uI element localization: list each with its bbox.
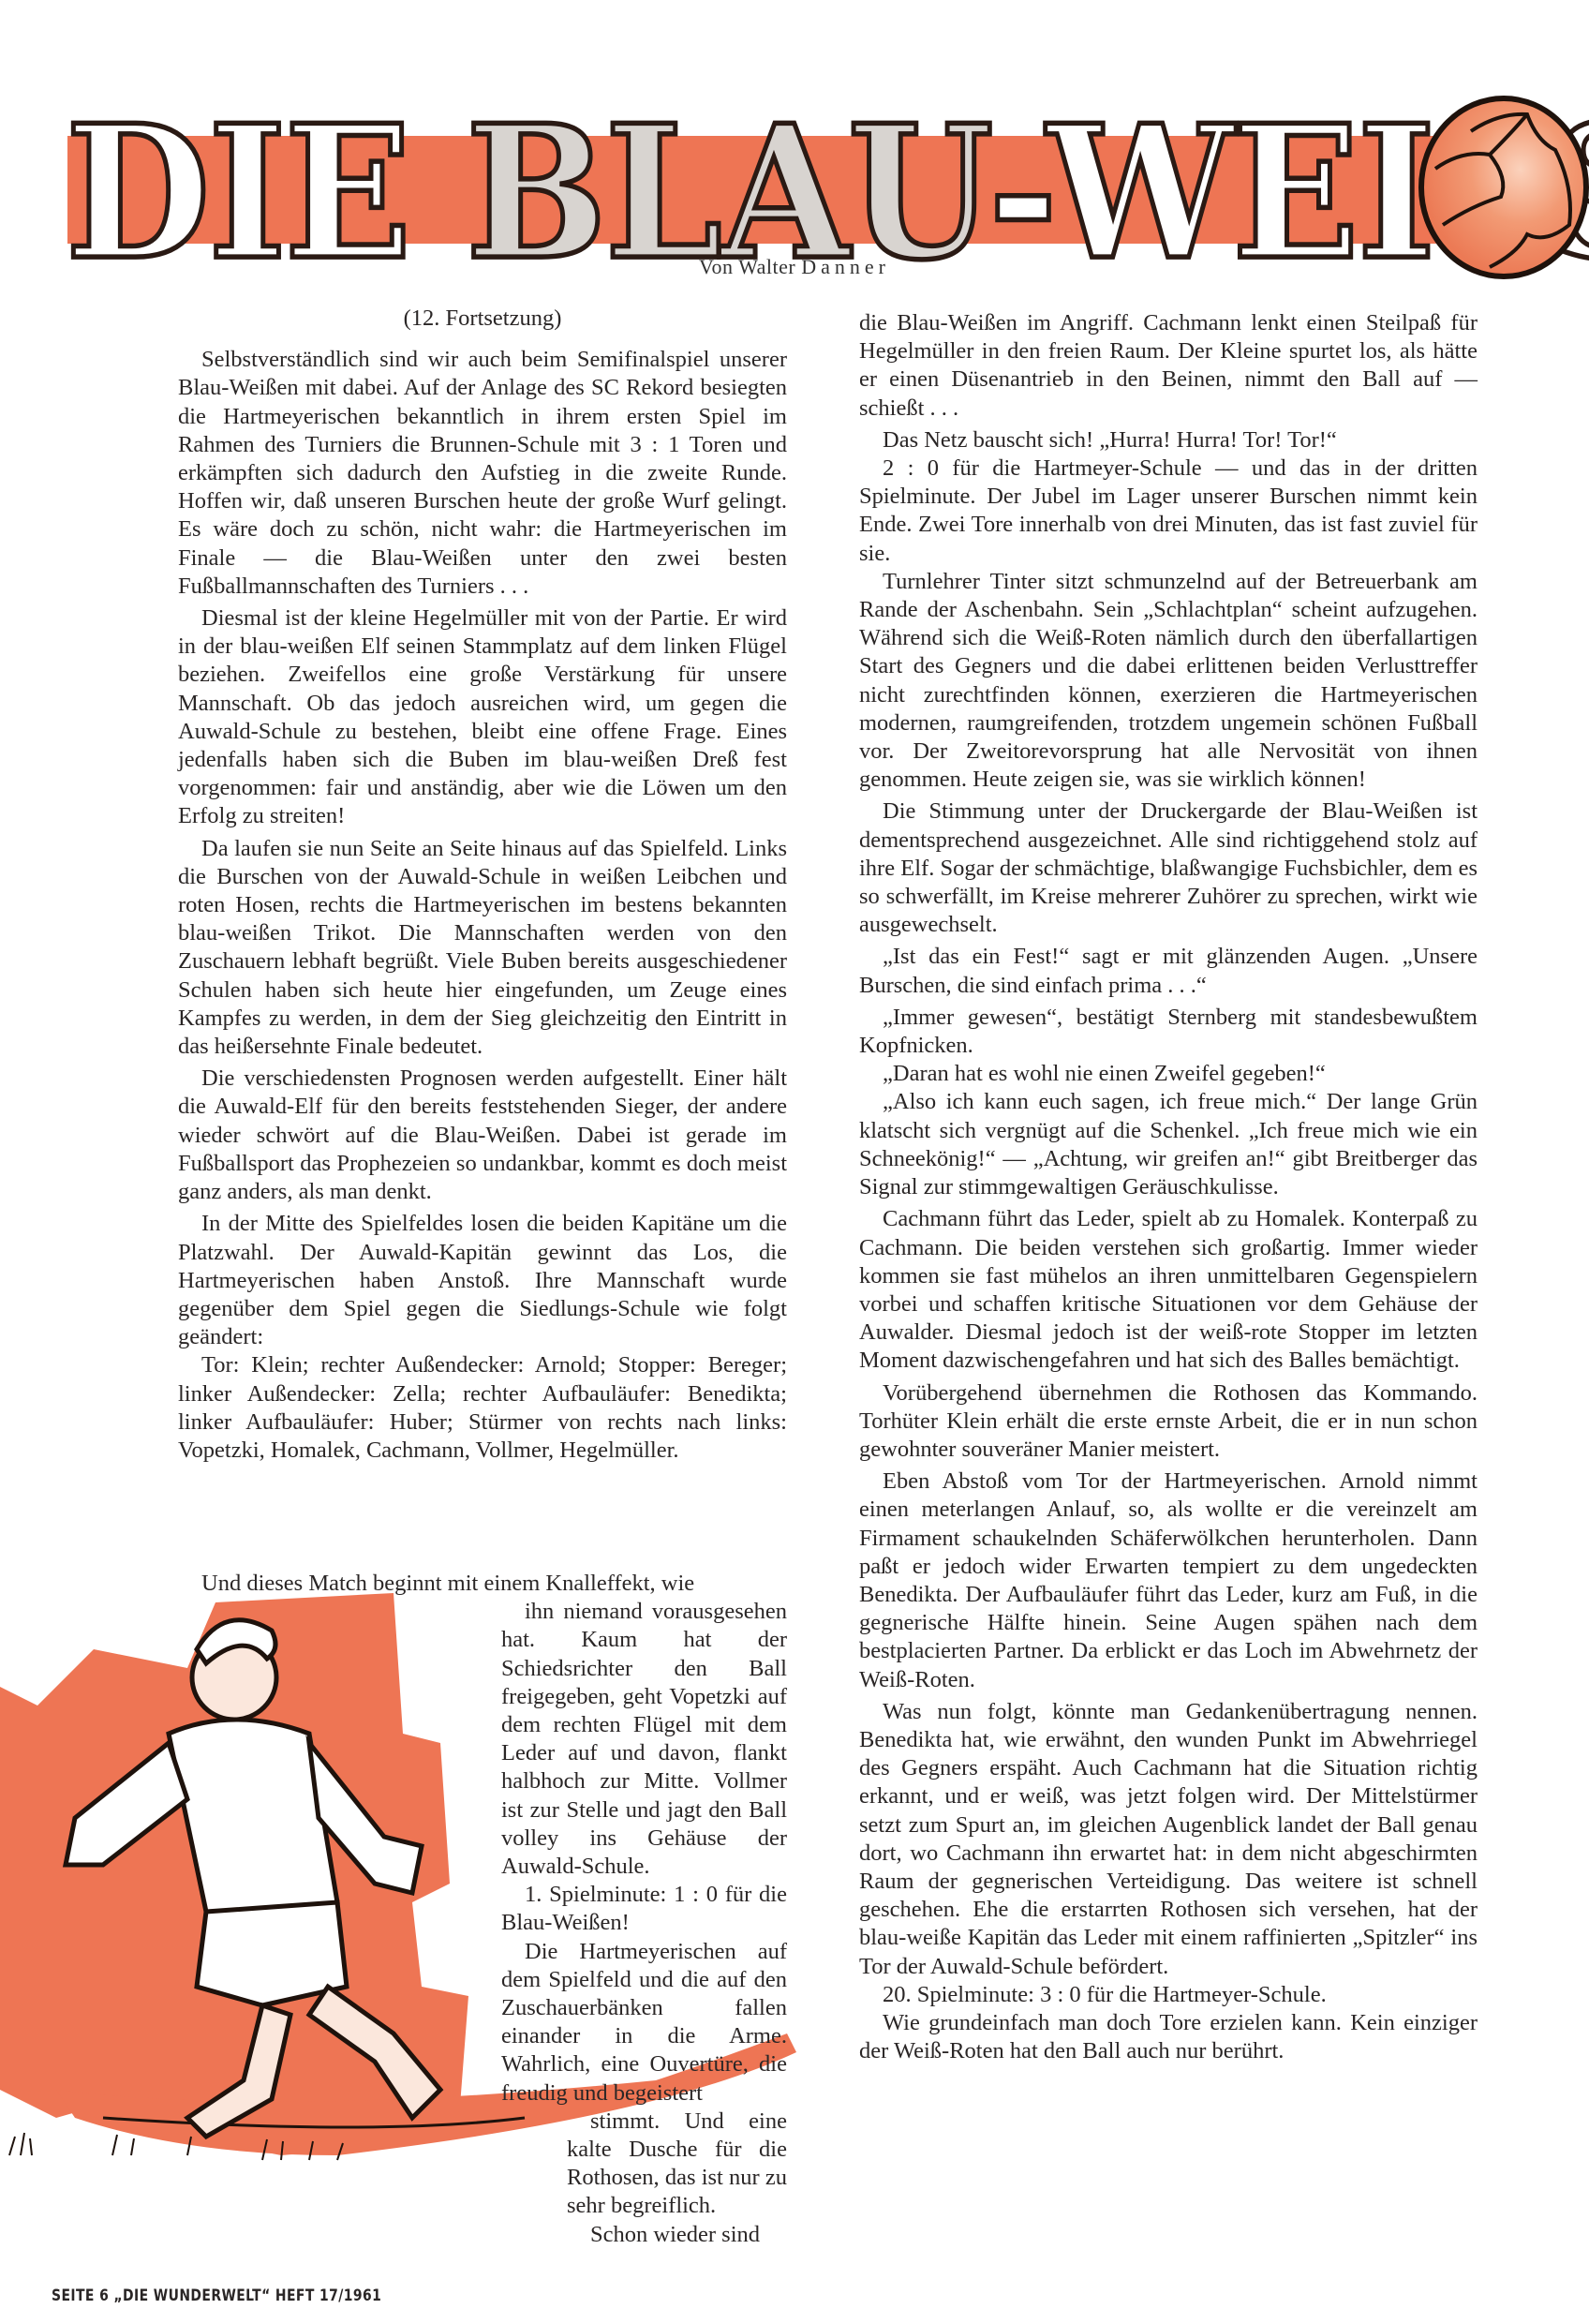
- paragraph: Die Stimmung unter der Druckergarde der …: [859, 797, 1478, 939]
- score-line: 1. Spielminute: 1 : 0 für die Blau-Weiße…: [501, 1881, 787, 1937]
- score-line: 20. Spielminute: 3 : 0 für die Hartmeyer…: [859, 1981, 1478, 2009]
- author-name: Danner: [801, 255, 890, 278]
- continuation-label: (12. Fortsetzung): [178, 305, 787, 333]
- paragraph: „Ist das ein Fest!“ sagt er mit glänzend…: [859, 943, 1478, 999]
- paragraph: Da laufen sie nun Seite an Seite hinaus …: [178, 835, 787, 1062]
- paragraph: In der Mitte des Spielfeldes losen die b…: [178, 1210, 787, 1351]
- paragraph: die Blau-Weißen im Angriff. Cachmann len…: [859, 309, 1478, 423]
- paragraph: „Daran hat es wohl nie einen Zweifel geg…: [859, 1060, 1478, 1088]
- paragraph: ihn niemand vorausgesehen hat. Kaum hat …: [501, 1598, 787, 1881]
- byline-prefix: Von Walter: [699, 255, 801, 278]
- paragraph: Turnlehrer Tinter sitzt schmunzelnd auf …: [859, 568, 1478, 795]
- paragraph: Was nun folgt, könnte man Gedankenübertr…: [859, 1698, 1478, 1981]
- paragraph: stimmt. Und eine kalte Dusche für die Ro…: [567, 2108, 787, 2221]
- paragraph: 2 : 0 für die Hartmeyer-Schule — und das…: [859, 454, 1478, 568]
- paragraph: Eben Abstoß vom Tor der Hartmeyerischen.…: [859, 1467, 1478, 1694]
- paragraph: Das Netz bauscht sich! „Hurra! Hurra! To…: [859, 426, 1478, 454]
- paragraph: Selbstverständlich sind wir auch beim Se…: [178, 346, 787, 601]
- narrower-column: stimmt. Und eine kalte Dusche für die Ro…: [567, 2108, 787, 2249]
- paragraph: „Also ich kann euch sagen, ich freue mic…: [859, 1088, 1478, 1201]
- byline: Von Walter Danner: [0, 255, 1589, 279]
- page-footer: SEITE 6 „DIE WUNDERWELT“ HEFT 17/1961: [52, 2287, 381, 2305]
- left-column: (12. Fortsetzung) Selbstverständlich sin…: [178, 305, 787, 1468]
- paragraph-intro: Und dieses Match beginnt mit einem Knall…: [178, 1570, 787, 1598]
- paragraph: Diesmal ist der kleine Hegelmüller mit v…: [178, 604, 787, 831]
- paragraph: „Immer gewesen“, bestätigt Sternberg mit…: [859, 1004, 1478, 1060]
- paragraph: Schon wieder sind: [567, 2221, 787, 2249]
- paragraph: Die Hartmeyerischen auf dem Spielfeld un…: [501, 1938, 787, 2108]
- football-icon: [1415, 94, 1589, 281]
- wrap-text-area: Und dieses Match beginnt mit einem Knall…: [178, 1570, 787, 2249]
- paragraph: Vorübergehend übernehmen die Rothosen da…: [859, 1379, 1478, 1465]
- lineup-paragraph: Tor: Klein; rechter Außendecker: Arnold;…: [178, 1351, 787, 1465]
- paragraph: Die verschiedensten Prognosen werden auf…: [178, 1065, 787, 1206]
- paragraph: Wie grundeinfach man doch Tore erzielen …: [859, 2009, 1478, 2065]
- paragraph: Cachmann führt das Leder, spielt ab zu H…: [859, 1205, 1478, 1375]
- narrow-column: ihn niemand vorausgesehen hat. Kaum hat …: [501, 1598, 787, 2108]
- right-column: die Blau-Weißen im Angriff. Cachmann len…: [859, 309, 1478, 2069]
